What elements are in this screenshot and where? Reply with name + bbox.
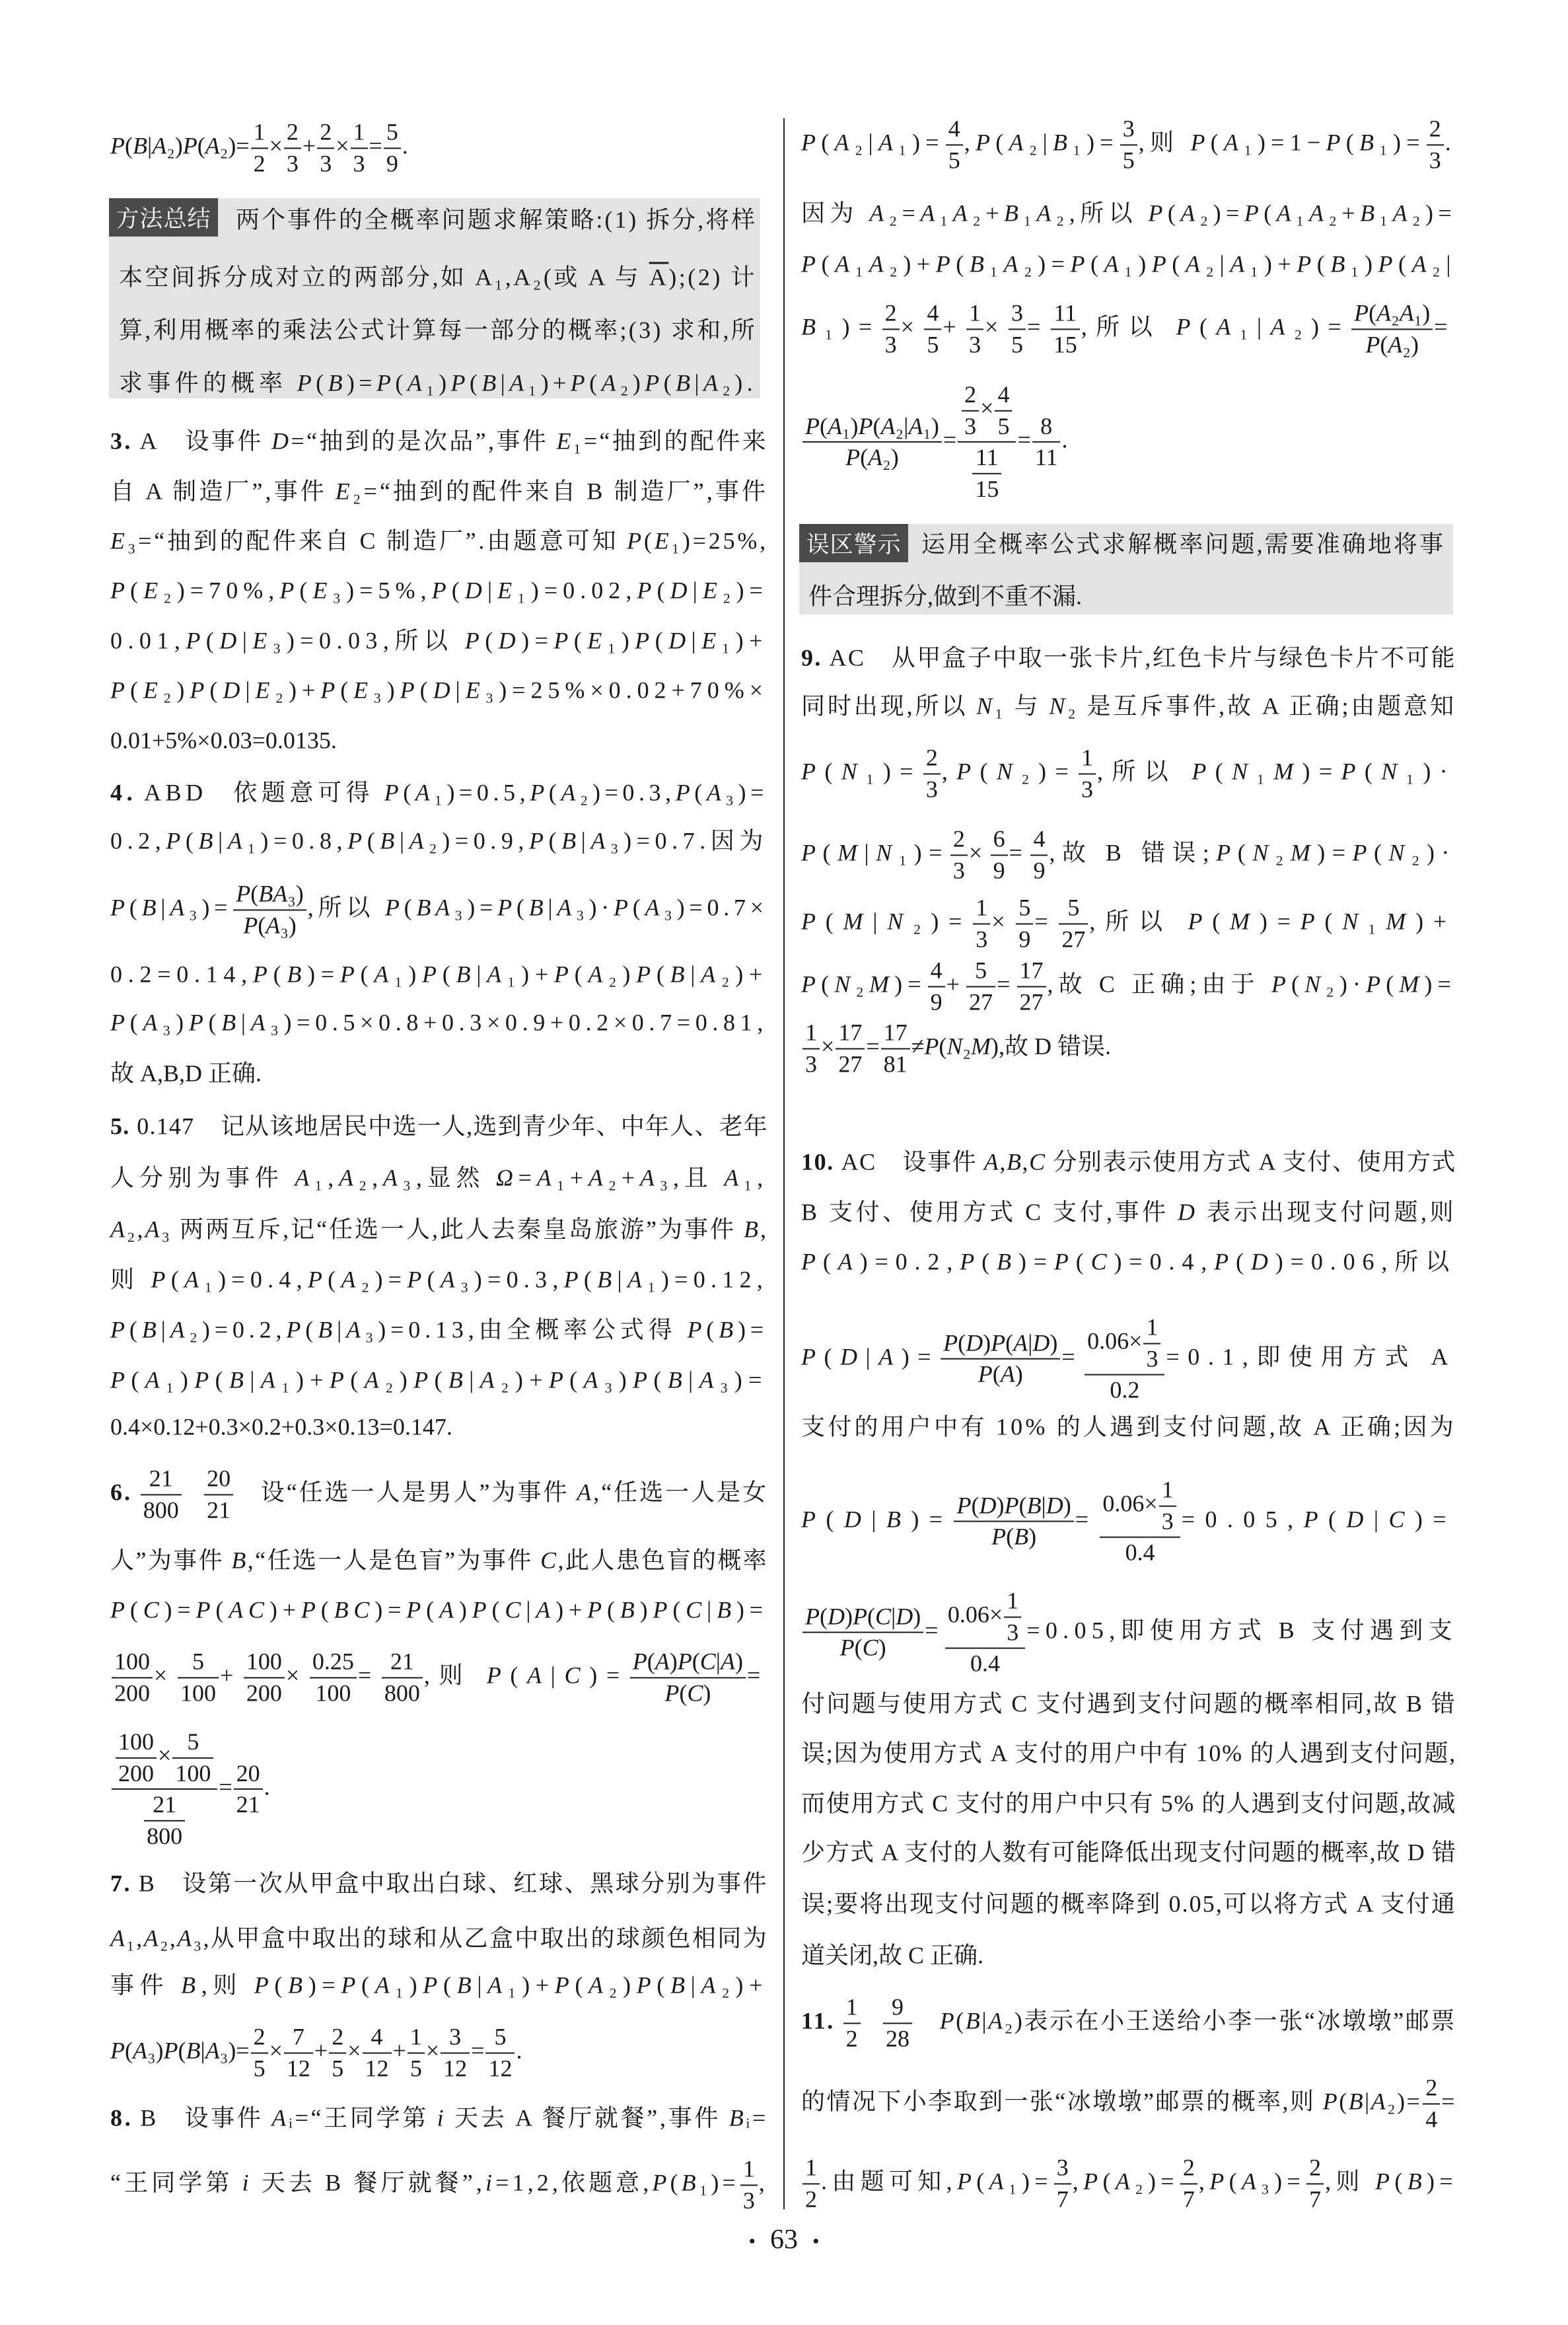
math-text: = (747, 1662, 769, 1688)
math-text: 事件 B,则 P(B)=P(A₁)P(B|A₁)+P(A₂)P(B|A₂)+ (110, 1972, 768, 1999)
solution-line: 0.2,P(B|A₁)=0.8,P(B|A₂)=0.9,P(B|A₃)=0.7.… (110, 827, 768, 856)
solution-line: 则 P(A₁)=0.4,P(A₂)=P(A₃)=0.3,P(B|A₁)=0.12… (110, 1265, 768, 1295)
math-text: =0.1,即使用方式 (1166, 1343, 1431, 1370)
fraction-denominator: 3 (950, 856, 968, 884)
fraction-denominator: 3 (284, 149, 301, 177)
fraction: P(A₁)P(A₂|A₁)P(A₂) (802, 413, 942, 470)
fraction: 59 (384, 119, 401, 176)
math-text: 1 (1081, 744, 1093, 770)
fraction-denominator: 12 (363, 2053, 392, 2082)
math-text: 同时出现,所以 N₁ 与 N₂ 是互斥事件,故 (801, 693, 1262, 720)
math-text: 正确. (924, 1942, 983, 1969)
solution-line: 的情况下小李取到一张“冰墩墩”邮票的概率,则 P(B|A₂)=24= (801, 2075, 1456, 2132)
solution-line: P(D|B)=P(D)P(B|D)P(B)=0.06×130.4=0.05,P(… (801, 1477, 1456, 1567)
roman-text: B (587, 478, 605, 505)
solution-text: 依题意可得 P(A₁)=0.5,P(A₂)=0.3,P(A₃)= (233, 780, 768, 806)
math-text: 5 (997, 412, 1009, 439)
fraction: 527 (1059, 895, 1088, 952)
math-text: 5 (187, 1728, 199, 1755)
fraction: 25 (329, 2024, 346, 2081)
math-text: 0.06× (1087, 1327, 1142, 1354)
fraction-denominator: P(C) (630, 1678, 746, 1707)
roman-text: A (1313, 1414, 1332, 1440)
math-text: × (980, 395, 993, 422)
roman-text: A (145, 478, 164, 505)
math-text: 7 (1057, 2186, 1069, 2212)
math-text: 支付的用户中只有 5% 的人遇到支付问题,故减 (949, 1790, 1456, 1817)
math-text: ,所以 P(A₁|A₂)= (1081, 313, 1350, 340)
fraction: 13 (802, 1019, 820, 1077)
fraction: 13 (966, 300, 983, 357)
math-text: 200 (118, 1759, 154, 1786)
math-text: 求事件的概率 P(B)=P(A₁)P(B|A₁)+P(A₂)P(B|A₂). (119, 370, 757, 396)
fraction-denominator: 5 (1009, 330, 1026, 358)
math-text: = (1017, 426, 1030, 453)
math-text: P(D)P(C|D) (805, 1603, 921, 1629)
fraction-denominator: 2 (251, 149, 268, 177)
math-text: 12 (488, 2055, 512, 2081)
math-text: 2 (254, 2023, 266, 2049)
math-text: 100 (246, 1648, 282, 1674)
math-text: 支付、使用方式 (820, 1199, 1025, 1226)
solution-line: 同时出现,所以 N₁ 与 N₂ 是互斥事件,故 A 正确;由题意知 (801, 692, 1456, 721)
fraction: P(A₂A₁)P(A₂) (1351, 300, 1433, 357)
math-text: × (269, 2037, 283, 2063)
math-text: 2 (254, 150, 266, 176)
answer-choice: A (140, 428, 159, 455)
math-text: 2 (1309, 2154, 1321, 2180)
fraction-numerator: 1 (351, 119, 368, 149)
fraction-denominator: 5 (1120, 145, 1137, 174)
math-text: 7 (1183, 2186, 1195, 2212)
fraction: 512 (485, 2024, 515, 2081)
fraction: 35 (1009, 300, 1026, 357)
pitfall-warning-line: 运用全概率公式求解概率问题,需要准确地将事 (921, 530, 1445, 560)
math-text: 12 (365, 2055, 389, 2081)
math-text: 0.06× (1102, 1490, 1157, 1516)
fraction: 24 (1423, 2075, 1440, 2132)
fraction-denominator: 0.2 (1085, 1376, 1164, 1404)
solution-line: P(A₁)P(B|A₁)+P(A₂)P(B|A₂)+P(A₃)P(B|A₃)= (110, 1366, 768, 1395)
fraction-denominator: 9 (384, 149, 401, 177)
answer-8-first-line: 8.B设事件 Aᵢ=“王同学第 i 天去 A 餐厅就餐”,事件 Bᵢ= (110, 2104, 768, 2133)
math-text: 支付的用户中有 10% 的人遇到支付问题,故 (801, 1414, 1313, 1440)
math-text: = (219, 1773, 232, 1800)
math-text: = (1034, 908, 1057, 934)
fraction-denominator: 1115 (958, 443, 1016, 502)
fraction-denominator: 81 (881, 1049, 910, 1078)
math-text: = (1061, 1343, 1083, 1370)
math-text: = (358, 1662, 380, 1688)
math-text: 15 (975, 476, 999, 502)
fraction-denominator: 3 (882, 330, 900, 358)
fraction-denominator: 12 (441, 2053, 470, 2082)
math-text: 制造厂”.由题意可知 P(E₁)=25%, (378, 528, 768, 554)
solution-text: 设事件 Aᵢ=“王同学第 i 天去 A 餐厅就餐”,事件 Bᵢ= (184, 2105, 767, 2131)
solution-text: P(B|A₂)表示在小王送给小李一张“冰墩墩”邮票 (940, 2007, 1456, 2034)
fraction-numerator: 1 (251, 119, 268, 149)
math-text: 17 (838, 1019, 862, 1045)
math-text: .由题可知,P(A₁)= (821, 2168, 1053, 2194)
continued-formula-line: P(B|A₂)P(A₂)=12×23+23×13=59. (110, 119, 768, 176)
math-text: P(D)P(A|D) (943, 1329, 1057, 1356)
fraction-denominator: P(A₃) (233, 910, 306, 939)
math-text: 81 (884, 1051, 908, 1077)
solution-line: A₁,A₂,A₃,从甲盒中取出的球和从乙盒中取出的球颜色相同为 (110, 1924, 768, 1954)
solution-line: 支付的用户中有 10% 的人遇到支付问题,故 A 正确;因为 (801, 1413, 1456, 1442)
math-text: P(N₁)= (801, 758, 922, 784)
fraction-denominator: 800 (141, 1495, 182, 1524)
fraction-numerator: 5 (1059, 895, 1088, 924)
math-text: 5 (1011, 331, 1023, 357)
math-text: P(D)P(B|D) (956, 1492, 1071, 1518)
fraction-numerator: 0.06×13 (1100, 1477, 1180, 1538)
fraction: 13 (1079, 745, 1096, 802)
math-text: 3 (287, 150, 299, 176)
roman-text: A₁,A₂ (475, 264, 544, 291)
solution-line: P(D)P(C|D)P(C)=0.06×130.4=0.05,即使用方式 B 支… (801, 1588, 1456, 1678)
fraction-denominator: 5 (924, 330, 941, 358)
math-text: 7 (1309, 2186, 1321, 2212)
fraction-denominator: 28 (883, 2024, 912, 2052)
math-text: , (759, 2169, 768, 2196)
roman-text: D (1034, 1033, 1051, 1059)
fraction-numerator: 5 (1016, 895, 1033, 924)
math-text: 9 (386, 150, 398, 176)
math-text: 运用全概率公式求解概率问题,需要准确地将事 (921, 531, 1445, 558)
math-text: 件合理拆分,做到不重不漏. (808, 583, 1082, 610)
math-text: 1 (1162, 1477, 1174, 1503)
math-text: 而使用方式 (801, 1790, 932, 1817)
math-text: 记从该地居民中选一人,选到青少年、中年人、老年 (221, 1113, 768, 1140)
fraction-denominator: 200 (244, 1678, 285, 1707)
math-text: ,P(A₂|B₁)= (964, 129, 1119, 155)
fraction-denominator: 3 (1427, 145, 1444, 174)
fraction: 45 (924, 300, 941, 357)
fraction-numerator: 20 (204, 1465, 233, 1495)
math-text: × (426, 2037, 439, 2063)
fraction-denominator: 100 (310, 1678, 357, 1707)
math-text: 3 (320, 150, 332, 176)
roman-text: A (1431, 1343, 1456, 1370)
solution-line: 0.4×0.12+0.3×0.2+0.3×0.13=0.147. (110, 1413, 768, 1442)
math-text: 两个事件的全概率问题求解策略:(1) 拆分,将样 (236, 207, 757, 233)
bullet-icon: • (812, 2231, 820, 2252)
math-text: ,P(N₂)= (942, 758, 1077, 784)
math-text: 3 (1007, 1619, 1018, 1645)
math-text: 27 (1020, 988, 1044, 1015)
math-text: B₁)= (801, 313, 881, 340)
fraction-numerator: 11 (972, 445, 1001, 474)
fraction-denominator: 9 (991, 856, 1008, 884)
math-text: 100 (315, 1679, 351, 1706)
math-text: “王同学第 i 天去 (110, 2169, 325, 2196)
fraction: 37 (1054, 2155, 1071, 2212)
solution-line: 因为 A₂=A₁A₂+B₁A₂,所以 P(A₂)=P(A₁A₂+B₁A₂)= (801, 199, 1456, 229)
fraction-numerator: 17 (836, 1019, 865, 1049)
math-text: 27 (969, 988, 993, 1015)
math-text: 3 (1162, 1508, 1174, 1534)
fraction-denominator: 2 (843, 2024, 861, 2052)
answer-choice: ABD (144, 780, 207, 806)
fraction: P(BA₃)P(A₃) (233, 881, 306, 938)
fraction: 100200 (244, 1648, 285, 1706)
fraction-numerator: 3 (1009, 300, 1026, 330)
math-text: 误;因为使用方式 (801, 1740, 990, 1767)
fraction-denominator: 3 (1079, 774, 1096, 803)
math-text: 1 (1007, 1588, 1018, 1614)
fraction-numerator: 2 (1423, 2075, 1440, 2104)
method-summary-line: 两个事件的全概率问题求解策略:(1) 拆分,将样 (236, 205, 757, 235)
solution-line: 少方式 A 支付的人数有可能降低出现支付问题的概率,故 D 错 (801, 1838, 1456, 1868)
math-text: 5 (386, 118, 398, 145)
math-text: 1 (1146, 1314, 1158, 1341)
fraction-denominator: 100 (178, 1678, 219, 1707)
math-text: 21 (153, 1791, 176, 1818)
math-text: 12 (287, 2055, 310, 2081)
fraction-numerator: 1 (843, 1994, 861, 2024)
fraction: 811 (1032, 413, 1061, 470)
roman-text: A (1259, 1149, 1276, 1175)
fraction-numerator: 1 (802, 1019, 820, 1049)
math-text: 支付遇到支 (1300, 1617, 1458, 1643)
math-text: 0.01+5%×0.03=0.0135. (110, 727, 337, 754)
math-text: ,所以 P(M)=P(N₁M)+ (1089, 908, 1456, 934)
math-text: 3 (1011, 299, 1023, 326)
answer-fractions: 218002021 (139, 1479, 234, 1505)
solution-text: 设事件 D=“抽到的是次品”,事件 E₁=“抽到的配件来 (186, 428, 768, 455)
solution-text: 设事件 A,B,C 分别表示使用方式 A 支付、使用方式 (902, 1149, 1456, 1175)
question-number: 7. (110, 1870, 131, 1897)
fraction: P(A)P(C|A)P(C) (630, 1648, 746, 1706)
fraction-numerator: 11 (1051, 300, 1080, 330)
fraction-numerator: 2 (317, 119, 334, 149)
math-text: 1 (254, 118, 266, 145)
fraction-numerator: 4 (995, 382, 1012, 412)
math-text: 错 (1425, 1839, 1456, 1866)
answer-choice: AC (830, 645, 866, 671)
solution-line: P(M|N₂)=13×59=527,所以 P(M)=P(N₁M)+ (801, 895, 1456, 952)
math-text: × (269, 132, 283, 159)
math-text: 9 (993, 857, 1005, 883)
roman-text: A (588, 264, 607, 291)
roman-text: A (515, 2105, 534, 2131)
fraction: 1727 (836, 1019, 865, 1077)
roman-text: A (1262, 693, 1281, 720)
math-text: P(E₂)=70%,P(E₃)=5%,P(D|E₁)=0.02,P(D|E₂)= (110, 577, 768, 604)
fraction: 23 (317, 119, 334, 176)
solution-line: P(A₂|A₁)=45,P(A₂|B₁)=35,则 P(A₁)=1−P(B₁)=… (801, 116, 1456, 173)
fraction-numerator: 1 (802, 2155, 820, 2184)
math-text: = (997, 971, 1015, 997)
math-text: 错误;P(N₂M)=P(N₂)· (1128, 839, 1456, 866)
column-divider (783, 118, 785, 2209)
answer-choice: B (140, 2105, 159, 2131)
method-summary-line: 本空间拆分成对立的两部分,如 A₁,A₂(或 A 与 A);(2) 计 (119, 263, 757, 293)
math-text: 正确. (202, 1060, 262, 1087)
question-number: 4. (110, 780, 137, 806)
math-text: P(BA₃) (236, 880, 304, 906)
fraction: 0.06×130.4 (1100, 1477, 1180, 1567)
solution-line: P(A₁)P(A₂|A₁)P(A₂)=23×451115=811. (801, 382, 1456, 502)
fraction: 100200 (112, 1648, 153, 1706)
fraction: 13 (740, 2156, 758, 2213)
fraction-numerator: 1 (1159, 1477, 1176, 1507)
roman-text: C (908, 1942, 924, 1969)
math-text: 算,利用概率的乘法公式计算每一部分的概率;(3) 求和,所 (119, 317, 757, 344)
math-text: 故 (110, 1060, 140, 1087)
math-text: = (1027, 313, 1050, 340)
solution-line: A₂,A₃ 两两互斥,记“任选一人,此人去秦皇岛旅游”为事件 B, (110, 1215, 768, 1245)
math-text: 0.4×0.12+0.3×0.2+0.3×0.13=0.147. (110, 1414, 452, 1440)
math-text: P(A₂|A₁)= (801, 129, 944, 155)
fraction-numerator: 0.06×13 (1085, 1315, 1164, 1376)
math-text: ,则 P(A|C)= (424, 1662, 629, 1688)
roman-text: B (1406, 1691, 1423, 1717)
math-text: 与 (606, 264, 649, 291)
math-text: P(E₂)P(D|E₂)+P(E₃)P(D|E₃)=25%×0.02+70%× (110, 677, 768, 704)
fraction-numerator: 1 (966, 300, 983, 330)
solution-line: P(A₁A₂)+P(B₁A₂)=P(A₁)P(A₂|A₁)+P(B₁)P(A₂| (801, 250, 1456, 279)
solution-line: 误;因为使用方式 A 支付的用户中有 10% 的人遇到支付问题, (801, 1739, 1456, 1769)
fraction-numerator: 3 (441, 2024, 470, 2053)
math-text: + (303, 132, 316, 159)
math-text: + (943, 313, 965, 340)
math-text: 2 (1183, 2154, 1195, 2180)
answer-7-first-line: 7.B设第一次从甲盒中取出白球、红球、黑球分别为事件 (110, 1869, 768, 1899)
math-text: 1 (743, 2155, 755, 2182)
solution-line: P(B|A₃)=P(BA₃)P(A₃),所以 P(BA₃)=P(B|A₃)·P(… (110, 881, 768, 938)
math-text: 5 (927, 331, 939, 357)
math-text: 0.2,P(B|A₁)=0.8,P(B|A₂)=0.9,P(B|A₃)=0.7.… (110, 828, 768, 854)
math-text: 7 (293, 2023, 304, 2049)
math-text: P(A₃) (243, 912, 297, 938)
question-number: 3. (110, 428, 133, 455)
math-text: 21 (236, 1791, 260, 1818)
math-text: 200 (114, 1679, 150, 1706)
math-text: 20 (236, 1759, 260, 1786)
method-summary-box: 方法总结 两个事件的全概率问题求解策略:(1) 拆分,将样 本空间拆分成对立的两… (109, 198, 760, 398)
math-text: P(M|N₁)= (801, 839, 949, 866)
math-text: 3 (353, 150, 365, 176)
roman-text: C (1025, 1199, 1044, 1226)
fraction: 59 (1016, 895, 1033, 952)
math-text: 错 (1423, 1691, 1456, 1717)
math-text: × (985, 313, 1007, 340)
fraction-denominator: 5 (251, 2053, 268, 2082)
fraction: P(D)P(A|D)P(A) (941, 1330, 1060, 1387)
math-text: 人”为事件 B,“任选一人是色盲”为事件 C,此人患色盲的概率 (110, 1547, 768, 1574)
math-text: 4 (1425, 2106, 1437, 2132)
solution-line: P(C)=P(AC)+P(BC)=P(A)P(C|A)+P(B)P(C|B)= (110, 1596, 768, 1625)
math-text: 从甲盒子中取一张卡片,红色卡片与绿色卡片不可能 (892, 645, 1456, 671)
math-text: = (369, 132, 382, 159)
solution-line: 0.01,P(D|E₃)=0.03,所以 P(D)=P(E₁)P(D|E₁)+ (110, 626, 768, 656)
roman-text: A (990, 1740, 1007, 1767)
math-text: P(A₁A₂)+P(B₁A₂)=P(A₁)P(A₂|A₁)+P(B₁)P(A₂| (801, 251, 1456, 277)
math-text: 100 (180, 1679, 216, 1706)
math-text: 支付通 (1374, 1891, 1456, 1917)
math-text: 5 (254, 2055, 266, 2081)
solution-line: 自 A 制造厂”,事件 E₂=“抽到的配件来自 B 制造厂”,事件 (110, 477, 768, 507)
math-text: ≠P(N₂M),故 (911, 1033, 1034, 1059)
math-text: 3 (1081, 776, 1093, 802)
roman-text: B (325, 2169, 344, 2196)
fraction-denominator: 7 (1180, 2184, 1197, 2213)
pitfall-warning-label: 误区警示 (799, 524, 908, 562)
math-text: P(A)P(C|A) (633, 1648, 743, 1674)
fraction-numerator: 1 (1143, 1315, 1160, 1345)
fraction-denominator: 21800 (112, 1790, 217, 1849)
math-text: 支付,事件 D 表示出现支付问题,则 (1044, 1199, 1456, 1226)
math-text: = (866, 1033, 879, 1059)
math-text: P(A)=0.2,P(B)=P(C)=0.4,P(D)=0.06,所以 (801, 1249, 1456, 1275)
fraction-denominator: 27 (836, 1049, 865, 1078)
math-text: . (264, 1773, 270, 1800)
fraction: 0.25100 (310, 1648, 357, 1706)
math-text: 1 (410, 2023, 422, 2049)
fraction-numerator: 2 (923, 745, 941, 774)
math-text: + (946, 971, 965, 997)
math-text: ,则 P(B)= (1325, 2168, 1458, 2194)
fraction-denominator: 9 (928, 987, 945, 1015)
fraction-denominator: 800 (382, 1678, 423, 1707)
answer-fraction: 2021 (204, 1465, 233, 1523)
answer-fraction: 21800 (141, 1465, 182, 1523)
math-text: 1 (353, 118, 365, 145)
fraction-denominator: 12 (284, 2053, 313, 2082)
fraction-numerator: 5 (384, 119, 401, 149)
math-text: ,则 P(A₁)=1−P(B₁)= (1139, 129, 1425, 155)
fraction-numerator: 1 (1079, 745, 1096, 774)
pitfall-warning-box: 误区警示 运用全概率公式求解概率问题,需要准确地将事 件合理拆分,做到不重不漏. (799, 524, 1453, 614)
fraction: 5100 (178, 1648, 219, 1706)
solution-line: 12.由题可知,P(A₁)=37,P(A₂)=27,P(A₃)=27,则 P(B… (801, 2155, 1456, 2212)
math-text: 2 (320, 118, 332, 145)
fraction: 23 (962, 382, 979, 439)
fraction: 5100 (172, 1729, 213, 1787)
solution-line: “王同学第 i 天去 B 餐厅就餐”,i=1,2,依题意,P(B₁)=13, (110, 2156, 768, 2213)
fraction-denominator: 3 (740, 2186, 758, 2214)
question-number: 11. (801, 2007, 835, 2034)
math-text: 5 (1067, 894, 1079, 920)
math-text: P(C) (840, 1635, 886, 1661)
math-text: 正确;因为 (1332, 1414, 1456, 1440)
roman-text: C (360, 528, 378, 554)
math-text: 设事件 Aᵢ=“王同学第 i 天去 (184, 2105, 515, 2131)
fraction-numerator: 4 (1030, 826, 1048, 856)
math-text: 0.01,P(D|E₃)=0.03,所以 P(D)=P(E₁)P(D|E₁)+ (110, 628, 768, 654)
math-text: 4 (931, 957, 943, 983)
fraction-denominator: 11 (1032, 443, 1061, 471)
fraction-denominator: 9 (1016, 924, 1033, 953)
math-text: 200 (246, 1679, 282, 1706)
fraction-denominator: P(A₂) (1351, 330, 1433, 358)
math-text: P(A₂) (1365, 331, 1419, 357)
answer-5-first-line: 5.0.147记从该地居民中选一人,选到青少年、中年人、老年 (110, 1112, 768, 1142)
solution-line: 100200×510021800=2021. (110, 1729, 768, 1849)
math-text: × (154, 1662, 176, 1688)
math-text: ,所以 P(BA₃)=P(B|A₃)·P(A₃)=0.7× (308, 894, 768, 920)
math-text: P(B|A₂)P(A₂)= (110, 132, 250, 159)
fraction: P(D)P(B|D)P(B) (954, 1493, 1073, 1550)
fraction: 100200×510021800 (112, 1729, 217, 1849)
math-text: 9 (1018, 926, 1030, 952)
fraction-numerator: 0.06×13 (945, 1588, 1025, 1649)
math-text: 2 (805, 2186, 817, 2212)
math-text: P(B) (991, 1524, 1036, 1550)
math-text: P(A₂A₁) (1354, 299, 1430, 326)
